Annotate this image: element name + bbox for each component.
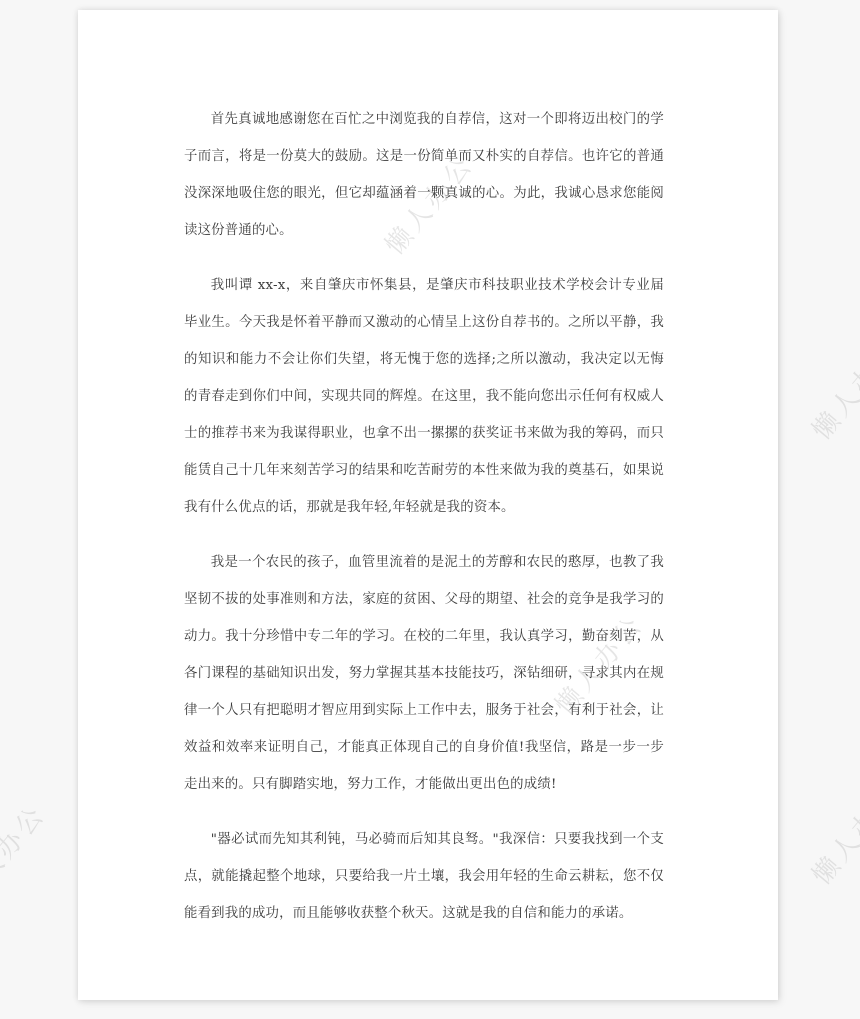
paragraph-closing: "器必试而先知其利钝，马必骑而后知其良驽。"我深信：只要我找到一个支点，就能撬起… — [184, 821, 664, 932]
paragraph-self-introduction: 我叫谭 xx-x，来自肇庆市怀集县，是肇庆市科技职业技术学校会计专业届毕业生。今… — [184, 267, 664, 526]
watermark: 懒人办公 — [0, 796, 53, 912]
document-page: 懒人办公 懒人办公 首先真诚地感谢您在百忙之中浏览我的自荐信，这对一个即将迈出校… — [78, 10, 778, 1000]
watermark: 懒人办公 — [802, 331, 860, 447]
watermark: 懒人办公 — [802, 776, 860, 892]
paragraph-intro: 首先真诚地感谢您在百忙之中浏览我的自荐信，这对一个即将迈出校门的学子而言，将是一… — [184, 101, 664, 249]
paragraph-background: 我是一个农民的孩子，血管里流着的是泥土的芳醇和农民的憨厚，也教了我坚韧不拔的处事… — [184, 544, 664, 803]
document-body: 首先真诚地感谢您在百忙之中浏览我的自荐信，这对一个即将迈出校门的学子而言，将是一… — [184, 101, 664, 932]
